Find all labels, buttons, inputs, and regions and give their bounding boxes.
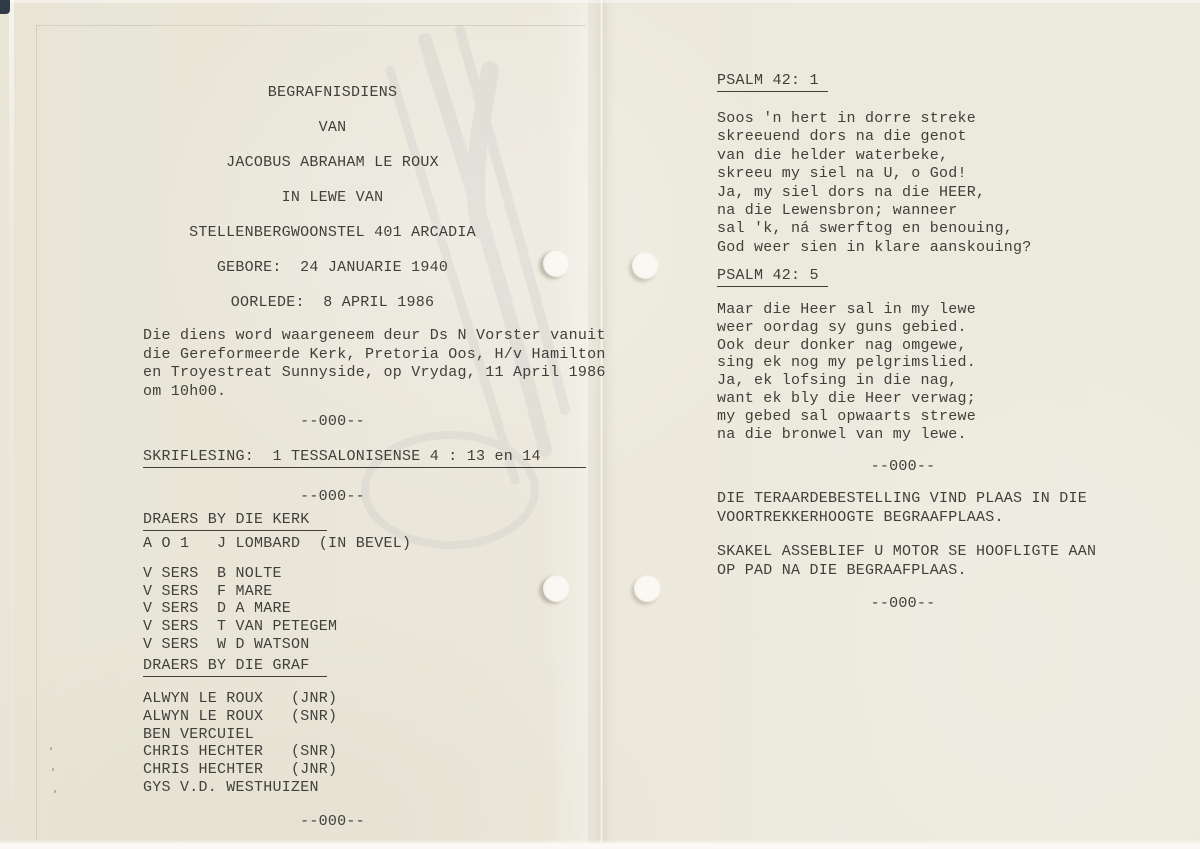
psalm-line: na die bronwel van my lewe. [717,426,976,444]
pallbearer-line: V SERS D A MARE [143,600,337,618]
scripture-reading: SKRIFLESING: 1 TESSALONISENSE 4 : 13 en … [143,448,586,468]
pallbearers-grave-heading: DRAERS BY DIE GRAF [143,657,327,677]
psalm-line: skreeuend dors na die genot [717,128,1032,146]
pallbearer-line: V SERS T VAN PETEGEM [143,618,337,636]
pallbearer-line: BEN VERCUIEL [143,726,337,744]
psalm-line: want ek bly die Heer verwag; [717,390,976,408]
pallbearer-line: ALWYN LE ROUX (SNR) [143,708,337,726]
title-line: IN LEWE VAN [120,180,545,215]
psalm-line: van die helder waterbeke, [717,147,1032,165]
section-divider: --000-- [717,595,1089,612]
pallbearers-grave-heading-text: DRAERS BY DIE GRAF [143,657,327,677]
psalm-2-text: Maar die Heer sal in my leweweer oordag … [717,301,976,443]
scripture-reading-text: SKRIFLESING: 1 TESSALONISENSE 4 : 13 en … [143,448,586,468]
pallbearers-grave-list: ALWYN LE ROUX (JNR)ALWYN LE ROUX (SNR)BE… [143,690,337,797]
title-line: OORLEDE: 8 APRIL 1986 [120,285,545,320]
punch-hole [634,575,661,602]
pallbearer-line: ALWYN LE ROUX (JNR) [143,690,337,708]
pallbearer-line: CHRIS HECHTER (SNR) [143,743,337,761]
paper-speck [54,790,56,793]
headlights-notice: SKAKEL ASSEBLIEF U MOTOR SE HOOFLIGTE AA… [717,543,1096,580]
punch-hole [543,575,570,602]
title-line: GEBORE: 24 JANUARIE 1940 [120,250,545,285]
pallbearers-church-leader: A O 1 J LOMBARD (IN BEVEL) [143,535,411,552]
psalm-1-heading-text: PSALM 42: 1 [717,72,828,92]
title-line: VAN [120,110,545,145]
intro-paragraph: Die diens word waargeneem deur Ds N Vors… [143,327,606,401]
pallbearers-church-heading-text: DRAERS BY DIE KERK [143,511,327,531]
paper-speck [52,768,54,771]
title-line: STELLENBERGWOONSTEL 401 ARCADIA [120,215,545,250]
burial-notice: DIE TERAARDEBESTELLING VIND PLAAS IN DIE… [717,490,1087,527]
notice-line: OP PAD NA DIE BEGRAAFPLAAS. [717,562,1096,581]
pallbearers-church-list: V SERS B NOLTEV SERS F MAREV SERS D A MA… [143,565,337,654]
pallbearer-line: V SERS B NOLTE [143,565,337,583]
title-line: JACOBUS ABRAHAM LE ROUX [120,145,545,180]
psalm-line: sal 'k, ná swerftog en benouing, [717,220,1032,238]
psalm-line: God weer sien in klare aanskouing? [717,239,1032,257]
psalm-2-heading: PSALM 42: 5 [717,267,828,287]
scan-edge-bottom [0,840,1200,849]
intro-line: om 10h00. [143,383,606,402]
psalm-line: Maar die Heer sal in my lewe [717,301,976,319]
psalm-line: na die Lewensbron; wanneer [717,202,1032,220]
scan-edge-top [0,0,1200,3]
section-divider: --000-- [120,813,545,830]
scan-edge-left [9,0,14,849]
section-divider: --000-- [120,488,545,505]
title-line: BEGRAFNISDIENS [120,75,545,110]
psalm-line: sing ek nog my pelgrimslied. [717,354,976,372]
page-border-line-left [36,25,37,840]
corner-mark [0,0,10,14]
psalm-1-heading: PSALM 42: 1 [717,72,828,92]
intro-line: die Gereformeerde Kerk, Pretoria Oos, H/… [143,346,606,365]
psalm-line: Ja, my siel dors na die HEER, [717,184,1032,202]
psalm-line: Ja, ek lofsing in die nag, [717,372,976,390]
psalm-1-text: Soos 'n hert in dorre strekeskreeuend do… [717,110,1032,257]
psalm-line: skreeu my siel na U, o God! [717,165,1032,183]
pallbearers-church-heading: DRAERS BY DIE KERK [143,511,327,531]
psalm-2-heading-text: PSALM 42: 5 [717,267,828,287]
pallbearer-line: V SERS W D WATSON [143,636,337,654]
psalm-line: Ook deur donker nag omgewe, [717,337,976,355]
scanned-funeral-program: BEGRAFNISDIENSVANJACOBUS ABRAHAM LE ROUX… [0,0,1200,849]
psalm-line: Soos 'n hert in dorre streke [717,110,1032,128]
intro-line: en Troyestreat Sunnyside, op Vrydag, 11 … [143,364,606,383]
section-divider: --000-- [120,413,545,430]
pallbearer-line: GYS V.D. WESTHUIZEN [143,779,337,797]
pallbearer-line: CHRIS HECHTER (JNR) [143,761,337,779]
notice-line: VOORTREKKERHOOGTE BEGRAAFPLAAS. [717,509,1087,528]
notice-line: DIE TERAARDEBESTELLING VIND PLAAS IN DIE [717,490,1087,509]
paper-speck [50,747,52,750]
punch-hole [632,252,659,279]
memorial-title-block: BEGRAFNISDIENSVANJACOBUS ABRAHAM LE ROUX… [120,75,545,320]
punch-hole [543,250,570,277]
intro-line: Die diens word waargeneem deur Ds N Vors… [143,327,606,346]
notice-line: SKAKEL ASSEBLIEF U MOTOR SE HOOFLIGTE AA… [717,543,1096,562]
section-divider: --000-- [717,458,1089,475]
psalm-line: weer oordag sy guns gebied. [717,319,976,337]
pallbearer-line: V SERS F MARE [143,583,337,601]
psalm-line: my gebed sal opwaarts strewe [717,408,976,426]
